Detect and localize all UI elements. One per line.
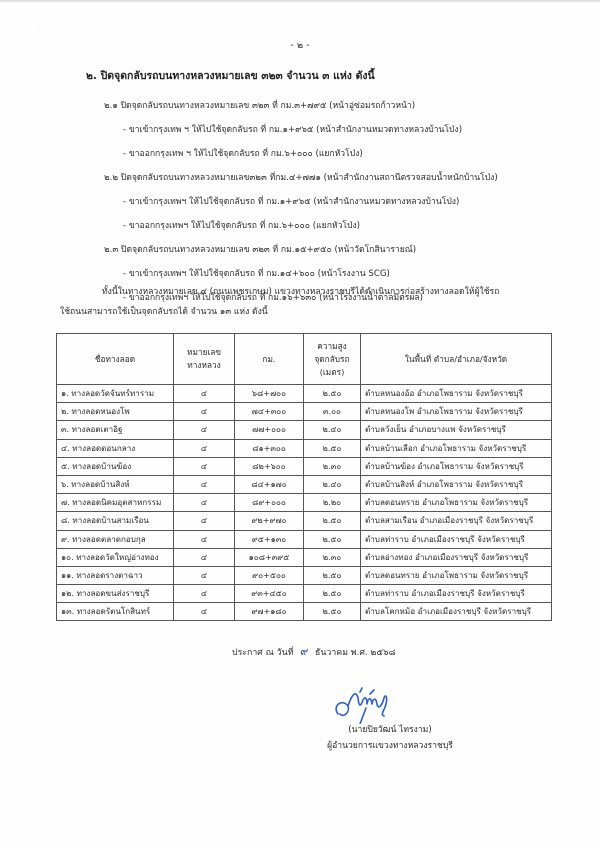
header-height-line1: ความสูง — [317, 341, 346, 351]
table-row: ๓. ทางลอดเตาอิฐ๔๗๗+๐๐๐๒.๔๐ตำบลวังเย็น อำ… — [57, 421, 552, 439]
header-height-line2: จุดกลับรถ — [314, 354, 349, 364]
table-row: ๘. ทางลอดบ้านสามเรือน๔๙๒+๙๗๐๒.๕๐ตำบลสามเ… — [57, 512, 552, 530]
cell-name: ๑๐. ทางลอดวัดใหญ่อ่างทอง — [57, 548, 174, 566]
announcement-date: ประกาศ ณ วันที่ ๙ ธันวาคม พ.ศ. ๒๕๖๘ — [232, 642, 395, 660]
item-2-2-outbound: - ขาออกกรุงเทพฯ ให้ไปใช้จุดกลับรถ ที่ กม… — [123, 218, 360, 232]
cell-highway: ๔ — [174, 548, 235, 566]
cell-km: ๗๗+๐๐๐ — [235, 421, 304, 439]
table-row: ๒. ทางลอดหนองโพ๔๗๔+๓๐๐๓.๐๐ตำบลหนองโพ อำเ… — [57, 403, 552, 421]
cell-highway: ๔ — [174, 421, 235, 439]
cell-name: ๒. ทางลอดหนองโพ — [57, 403, 174, 421]
header-highway-line1: หมายเลข — [187, 347, 221, 357]
document-page: · ˙ ˙ ·˙ · ˙ - ๒ - ๒. ปิดจุดกลับรถบนทางห… — [0, 0, 600, 848]
cell-height: ๒.๕๐ — [304, 530, 361, 548]
cell-location: ตำบลบ้านฆ้อง อำเภอโพธาราม จังหวัดราชบุรี — [361, 457, 552, 475]
cell-km: ๘๑+๓๐๐ — [235, 439, 304, 457]
cell-km: ๘๔+๑๗๐ — [235, 475, 304, 493]
page-number: - ๒ - — [0, 38, 600, 53]
cell-name: ๑๒. ทางลอดขนส่งราชบุรี — [57, 585, 174, 603]
table-row: ๙. ทางลอดตลาดกอบกุล๔๙๕+๑๓๐๒.๕๐ตำบลท่าราบ… — [57, 530, 552, 548]
cell-highway: ๔ — [174, 585, 235, 603]
cell-location: ตำบลท่าราบ อำเภอเมืองราชบุรี จังหวัดราชบ… — [361, 585, 552, 603]
cell-km: ๙๒+๙๗๐ — [235, 512, 304, 530]
header-km: กม. — [235, 334, 304, 385]
cell-name: ๘. ทางลอดบ้านสามเรือน — [57, 512, 174, 530]
table-row: ๖. ทางลอดบ้านสิงห์๔๘๔+๑๗๐๒.๔๐ตำบลบ้านสิง… — [57, 475, 552, 493]
cell-location: ตำบลวังเย็น อำเภอบางแพ จังหวัดราชบุรี — [361, 421, 552, 439]
section-heading: ๒. ปิดจุดกลับรถบนทางหลวงหมายเลข ๓๒๓ จำนว… — [86, 67, 375, 84]
signer-title: ผู้อำนวยการแขวงทางหลวงราชบุรี — [280, 738, 500, 752]
table-row: ๑๓. ทางลอดรัตนโกสินทร์๔๙๗+๑๘๐๒.๕๐ตำบลโคก… — [57, 603, 552, 621]
cell-km: ๘๙+๐๐๐ — [235, 494, 304, 512]
item-2-2-inbound: - ขาเข้ากรุงเทพฯ ให้ไปใช้จุดกลับรถ ที่ ก… — [123, 194, 459, 208]
table-row: ๑. ทางลอดวัดจันทร์ทาราม๔๖๘+๗๐๐๒.๕๐ตำบลหน… — [57, 385, 552, 403]
cell-name: ๔. ทางลอดดอนกลาง — [57, 439, 174, 457]
table-row: ๔. ทางลอดดอนกลาง๔๘๑+๓๐๐๒.๕๐ตำบลบ้านเลือก… — [57, 439, 552, 457]
cell-height: ๓.๐๐ — [304, 403, 361, 421]
cell-height: ๒.๕๐ — [304, 385, 361, 403]
cell-location: ตำบลบ้านสิงห์ อำเภอโพธาราม จังหวัดราชบุร… — [361, 475, 552, 493]
item-2-3-title: ๒.๓ ปิดจุดกลับรถบนทางหลวงหมายเลข ๓๒๓ ที่… — [104, 242, 416, 256]
cell-highway: ๔ — [174, 457, 235, 475]
cell-height: ๒.๕๐ — [304, 439, 361, 457]
cell-name: ๑. ทางลอดวัดจันทร์ทาราม — [57, 385, 174, 403]
cell-km: ๙๕+๑๓๐ — [235, 530, 304, 548]
cell-height: ๒.๕๐ — [304, 566, 361, 584]
table-row: ๕. ทางลอดบ้านฆ้อง๔๘๒+๖๐๐๒.๓๐ตำบลบ้านฆ้อง… — [57, 457, 552, 475]
cell-km: ๗๔+๓๐๐ — [235, 403, 304, 421]
cell-highway: ๔ — [174, 566, 235, 584]
header-height: ความสูง จุดกลับรถ (เมตร) — [304, 334, 361, 385]
table-row: ๑๑. ทางลอดรางตาฉาว๔๙๐+๕๐๐๒.๕๐ตำบลดอนทราย… — [57, 566, 552, 584]
cell-km: ๙๓+๔๕๐ — [235, 585, 304, 603]
table-header-row: ชื่อทางลอด หมายเลข ทางหลวง กม. ความสูง จ… — [57, 334, 552, 385]
header-highway: หมายเลข ทางหลวง — [174, 334, 235, 385]
announcement-prefix: ประกาศ ณ วันที่ — [232, 648, 293, 658]
cell-location: ตำบลโคกหม้อ อำเภอเมืองราชบุรี จังหวัดราช… — [361, 603, 552, 621]
table-body: ๑. ทางลอดวัดจันทร์ทาราม๔๖๘+๗๐๐๒.๕๐ตำบลหน… — [57, 385, 552, 621]
cell-highway: ๔ — [174, 603, 235, 621]
cell-height: ๒.๒๐ — [304, 494, 361, 512]
cell-km: ๙๐+๕๐๐ — [235, 566, 304, 584]
cell-name: ๕. ทางลอดบ้านฆ้อง — [57, 457, 174, 475]
underpass-table: ชื่อทางลอด หมายเลข ทางหลวง กม. ความสูง จ… — [56, 333, 552, 621]
cell-height: ๒.๓๐ — [304, 457, 361, 475]
cell-name: ๙. ทางลอดตลาดกอบกุล — [57, 530, 174, 548]
cell-location: ตำบลอ่างทอง อำเภอเมืองราชบุรี จังหวัดราช… — [361, 548, 552, 566]
cell-height: ๒.๓๐ — [304, 548, 361, 566]
cell-name: ๓. ทางลอดเตาอิฐ — [57, 421, 174, 439]
cell-highway: ๔ — [174, 475, 235, 493]
cell-location: ตำบลหนองโพ อำเภอโพธาราม จังหวัดราชบุรี — [361, 403, 552, 421]
cell-height: ๒.๕๐ — [304, 585, 361, 603]
cell-location: ตำบลดอนทราย อำเภอโพธาราม จังหวัดราชบุรี — [361, 566, 552, 584]
header-name: ชื่อทางลอด — [57, 334, 174, 385]
announcement-day: ๙ — [300, 645, 308, 658]
paragraph-line-1: ทั้งนี้ในทางหลวงหมายเลข ๔ (ถนนเพชรเกษม) … — [102, 284, 499, 298]
paragraph-line-2: ใช้ถนนสามารถใช้เป็นจุดกลับรถได้ จำนวน ๑๓… — [60, 304, 268, 318]
cell-location: ตำบลท่าราบ อำเภอเมืองราชบุรี จังหวัดราชบ… — [361, 530, 552, 548]
cell-name: ๗. ทางลอดนิคมอุตสาหกรรม — [57, 494, 174, 512]
table-row: ๗. ทางลอดนิคมอุตสาหกรรม๔๘๙+๐๐๐๒.๒๐ตำบลดอ… — [57, 494, 552, 512]
scan-edge — [0, 0, 600, 3]
cell-height: ๒.๕๐ — [304, 603, 361, 621]
cell-location: ตำบลดอนทราย อำเภอโพธาราม จังหวัดราชบุรี — [361, 494, 552, 512]
announcement-month-year: ธันวาคม พ.ศ. ๒๕๖๘ — [315, 648, 395, 658]
cell-height: ๒.๔๐ — [304, 475, 361, 493]
cell-km: ๙๗+๑๘๐ — [235, 603, 304, 621]
header-highway-line2: ทางหลวง — [187, 360, 220, 370]
cell-location: ตำบลสามเรือน อำเภอเมืองราชบุรี จังหวัดรา… — [361, 512, 552, 530]
cell-name: ๑๑. ทางลอดรางตาฉาว — [57, 566, 174, 584]
item-2-2-title: ๒.๒ ปิดจุดกลับรถบนทางหลวงหมายเลข๓๒๓ ที่ก… — [104, 170, 498, 184]
header-height-line3: (เมตร) — [320, 367, 345, 377]
cell-name: ๑๓. ทางลอดรัตนโกสินทร์ — [57, 603, 174, 621]
cell-highway: ๔ — [174, 439, 235, 457]
cell-km: ๘๒+๖๐๐ — [235, 457, 304, 475]
cell-height: ๒.๕๐ — [304, 512, 361, 530]
cell-highway: ๔ — [174, 530, 235, 548]
cell-highway: ๔ — [174, 512, 235, 530]
signer-name: (นายปิยวัฒน์ ไทรงาม) — [280, 722, 500, 736]
item-2-1-outbound: - ขาออกกรุงเทพ ฯ ให้ไปใช้จุดกลับรถ ที่ ก… — [123, 146, 363, 160]
cell-highway: ๔ — [174, 403, 235, 421]
cell-name: ๖. ทางลอดบ้านสิงห์ — [57, 475, 174, 493]
cell-km: ๖๘+๗๐๐ — [235, 385, 304, 403]
item-2-1-title: ๒.๑ ปิดจุดกลับรถบนทางหลวงหมายเลข ๓๒๓ ที่… — [104, 98, 415, 112]
cell-location: ตำบลบ้านเลือก อำเภอโพธาราม จังหวัดราชบุร… — [361, 439, 552, 457]
table-row: ๑๐. ทางลอดวัดใหญ่อ่างทอง๔๑๐๘+๓๙๕๒.๓๐ตำบล… — [57, 548, 552, 566]
cell-location: ตำบลหนองอ้อ อำเภอโพธาราม จังหวัดราชบุรี — [361, 385, 552, 403]
cell-highway: ๔ — [174, 494, 235, 512]
header-location: ในพื้นที่ ตำบล/อำเภอ/จังหวัด — [361, 334, 552, 385]
cell-km: ๑๐๘+๓๙๕ — [235, 548, 304, 566]
item-2-3-inbound: - ขาเข้ากรุงเทพฯ ให้ไปใช้จุดกลับรถ ที่ ก… — [123, 266, 390, 280]
table-row: ๑๒. ทางลอดขนส่งราชบุรี๔๙๓+๔๕๐๒.๕๐ตำบลท่า… — [57, 585, 552, 603]
cell-height: ๒.๔๐ — [304, 421, 361, 439]
cell-highway: ๔ — [174, 385, 235, 403]
item-2-1-inbound: - ขาเข้ากรุงเทพ ฯ ให้ไปใช้จุดกลับรถ ที่ … — [123, 122, 462, 136]
